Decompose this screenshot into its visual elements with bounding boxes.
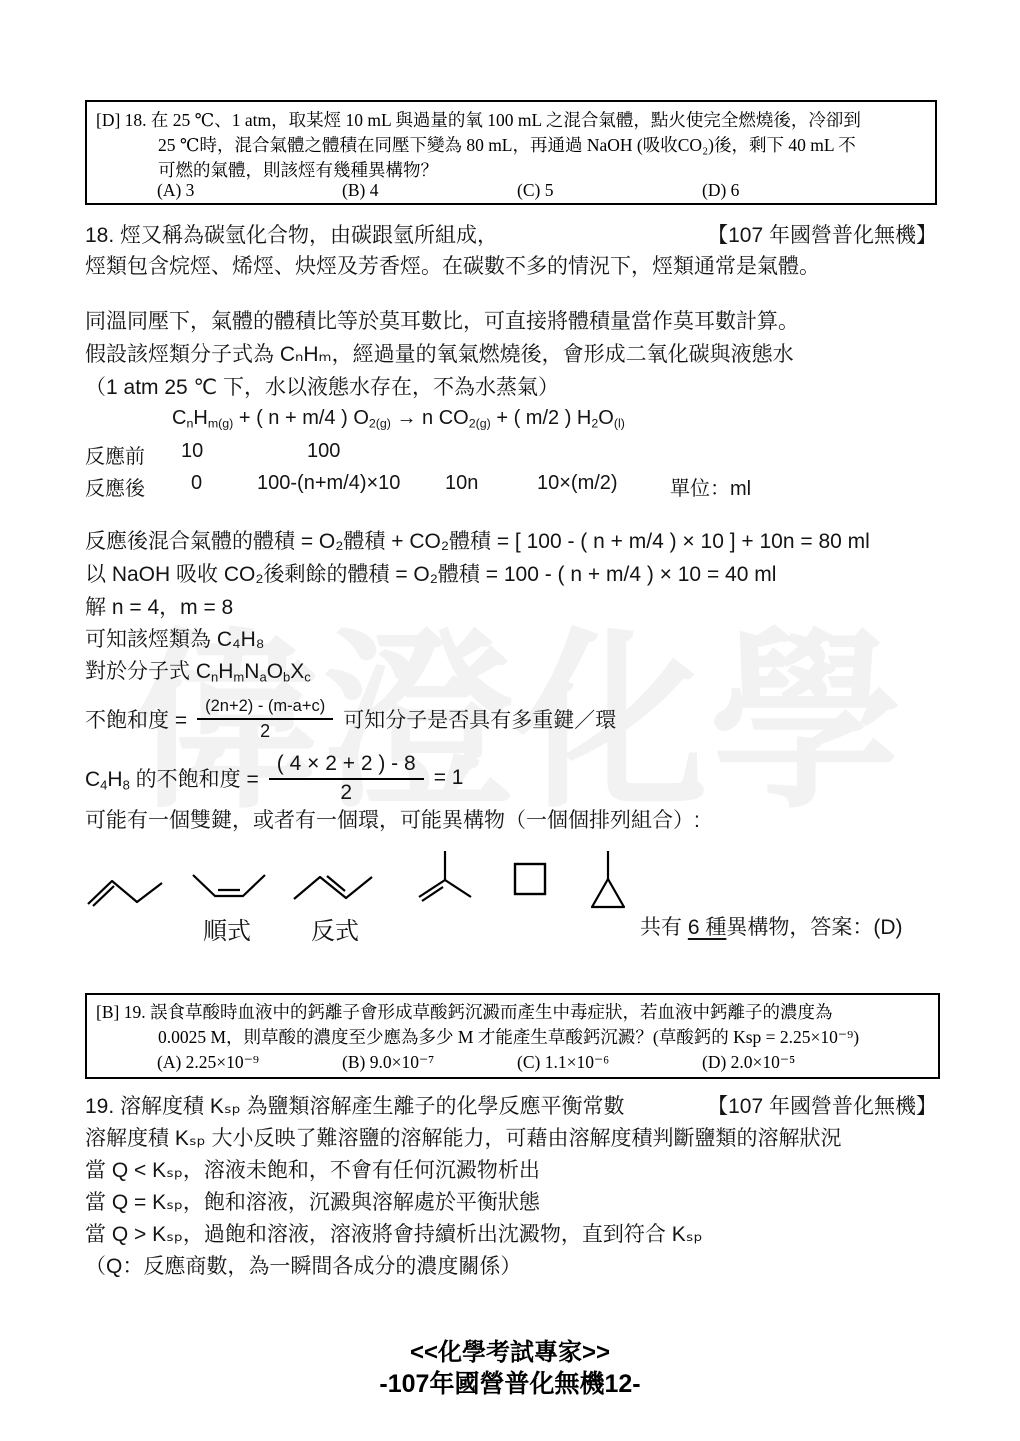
after-value-1: 0 [191,472,202,495]
after-value-3: 10n [445,472,478,495]
question-18-option-d: (D) 6 [702,178,739,203]
cis-label: 順式 [203,911,251,946]
unsaturation-fraction: (2n+2) - (m-a+c) 2 [197,697,333,742]
count-prefix: 共有 [640,916,688,939]
reaction-after-row: 反應後 0 100-(n+m/4)×10 10n 10×(m/2) 單位：ml [85,472,937,500]
footer-page-label: -107年國營普化無機12- [0,1364,1020,1400]
solution-19-line3: 當 Q < Kₛₚ，溶液未飽和，不會有任何沉澱物析出 [85,1156,937,1186]
unsaturation-numerator: (2n+2) - (m-a+c) [197,697,333,720]
after-value-4: 10×(m/2) [537,472,618,495]
solution-18-para3: （1 atm 25 ℃ 下，水以液態水存在，不為水蒸氣） [85,373,937,403]
solution-18-intro: 18. 烴又稱為碳氫化合物，由碳跟氫所組成， [85,221,498,251]
c4h8-unsaturation-line: C4H8 的不飽和度 = ( 4 × 2 + 2 ) - 8 2 = 1 [85,746,463,810]
unsaturation-prefix: 不飽和度 = [85,704,187,734]
question-18-line-1: [D] 18. 在 25 ℃、1 atm，取某烴 10 mL 與過量的氧 100… [96,108,929,133]
solution-18-calc5: 對於分子式 CnHmNaObXc [85,657,937,687]
solution-19-intro-row: 19. 溶解度積 Kₛₚ 為鹽類溶解產生離子的化學反應平衡常數 【107 年國營… [85,1092,937,1122]
isomer-intro: 可能有一個雙鍵，或者有一個環，可能異構物（一個個排列組合）: [85,806,937,836]
footer-brand: <<化學考試專家>> [0,1332,1020,1367]
solution-19-line6: （Q：反應商數，為一瞬間各成分的濃度關係） [85,1252,937,1282]
question-19-option-b: (B) 9.0×10⁻⁷ [342,1050,434,1075]
before-value-1: 10 [181,440,203,463]
question-18-box: [D] 18. 在 25 ℃、1 atm，取某烴 10 mL 與過量的氧 100… [85,100,937,205]
reaction-before-row: 反應前 10 100 [85,440,937,468]
solution-18-calc3: 解 n = 4，m = 8 [85,593,937,623]
before-value-2: 100 [307,440,340,463]
question-19-box: [B] 19. 誤食草酸時血液中的鈣離子會形成草酸鈣沉澱而產生中毒症狀，若血液中… [85,993,940,1079]
solution-18-calc4: 可知該烴類為 C₄H₈ [85,625,937,655]
solution-19-source-tag: 【107 年國營普化無機】 [707,1092,937,1122]
solution-18-calc2: 以 NaOH 吸收 CO₂後剩餘的體積 = O₂體積 = 100 - ( n +… [85,560,937,590]
solution-19-intro: 19. 溶解度積 Kₛₚ 為鹽類溶解產生離子的化學反應平衡常數 [85,1092,625,1122]
after-value-2: 100-(n+m/4)×10 [257,472,400,495]
c4h8-suffix: = 1 [434,766,464,790]
after-label: 反應後 [85,472,145,501]
question-18-line-2: 25 ℃時，混合氣體之體積在同壓下變為 80 mL，再通過 NaOH (吸收CO… [158,133,929,158]
question-18-option-c: (C) 5 [517,178,553,203]
solution-18-intro-line2: 烴類包含烷烴、烯烴、炔烴及芳香烴。在碳數不多的情況下，烴類通常是氣體。 [85,252,937,282]
count-underlined: 6 種 [688,916,727,939]
count-suffix: 異構物，答案：(D) [726,916,902,939]
structure-methylcyclopropane [585,848,631,912]
combustion-equation: CnHm(g) + ( n + m/4 ) O2(g) → n CO2(g) +… [172,407,625,430]
before-label: 反應前 [85,440,145,469]
c4h8-prefix: C4H8 的不飽和度 = [85,763,259,793]
question-19-line-1: [B] 19. 誤食草酸時血液中的鈣離子會形成草酸鈣沉澱而產生中毒症狀，若血液中… [96,1000,932,1025]
structure-1-butene [85,868,165,913]
exam-solution-page: 偉澄化學 [D] 18. 在 25 ℃、1 atm，取某烴 10 mL 與過量的… [0,0,1020,1441]
question-19-option-d: (D) 2.0×10⁻⁵ [702,1050,795,1075]
solution-19-line2: 溶解度積 Kₛₚ 大小反映了難溶鹽的溶解能力，可藉由溶解度積判斷鹽類的溶解狀況 [85,1124,937,1154]
unsaturation-suffix: 可知分子是否具有多重鍵／環 [343,704,616,734]
isomer-count-line: 共有 6 種異構物，答案：(D) [640,911,903,941]
solution-18-para1: 同溫同壓下，氣體的體積比等於莫耳數比，可直接將體積量當作莫耳數計算。 [85,307,937,337]
unsaturation-formula-line: 不飽和度 = (2n+2) - (m-a+c) 2 可知分子是否具有多重鍵／環 [85,688,616,750]
question-18-option-a: (A) 3 [157,178,194,203]
c4h8-denominator: 2 [340,780,352,805]
structure-cis-2-butene [189,865,269,910]
question-18-option-b: (B) 4 [342,178,378,203]
content-layer: [D] 18. 在 25 ℃、1 atm，取某烴 10 mL 與過量的氧 100… [0,0,1020,1441]
c4h8-fraction: ( 4 × 2 + 2 ) - 8 2 [269,752,424,805]
c4h8-numerator: ( 4 × 2 + 2 ) - 8 [269,752,424,780]
solution-18-para2: 假設該烴類分子式為 CₙHₘ，經過量的氧氣燃燒後，會形成二氧化碳與液態水 [85,340,937,370]
unit-label: 單位：ml [670,472,751,501]
solution-18-intro-row: 18. 烴又稱為碳氫化合物，由碳跟氫所組成， 【107 年國營普化無機】 [85,221,937,251]
unsaturation-denominator: 2 [260,720,270,742]
question-19-line-2: 0.0025 M，則草酸的濃度至少應為多少 M 才能產生草酸鈣沉澱？(草酸鈣的 … [158,1025,932,1050]
trans-label: 反式 [311,911,359,946]
solution-19-line4: 當 Q = Kₛₚ，飽和溶液，沉澱與溶解處於平衡狀態 [85,1188,937,1218]
structure-isobutylene [410,846,480,908]
question-19-option-a: (A) 2.25×10⁻⁹ [157,1050,259,1075]
solution-18-calc1: 反應後混合氣體的體積 = O₂體積 + CO₂體積 = [ 100 - ( n … [85,527,937,557]
question-19-option-c: (C) 1.1×10⁻⁶ [517,1050,609,1075]
solution-19-line5: 當 Q > Kₛₚ，過飽和溶液，溶液將會持續析出沈澱物，直到符合 Kₛₚ [85,1220,937,1250]
structure-cyclobutane [509,859,551,901]
solution-18-source-tag: 【107 年國營普化無機】 [707,221,937,251]
structure-trans-2-butene [291,865,379,910]
